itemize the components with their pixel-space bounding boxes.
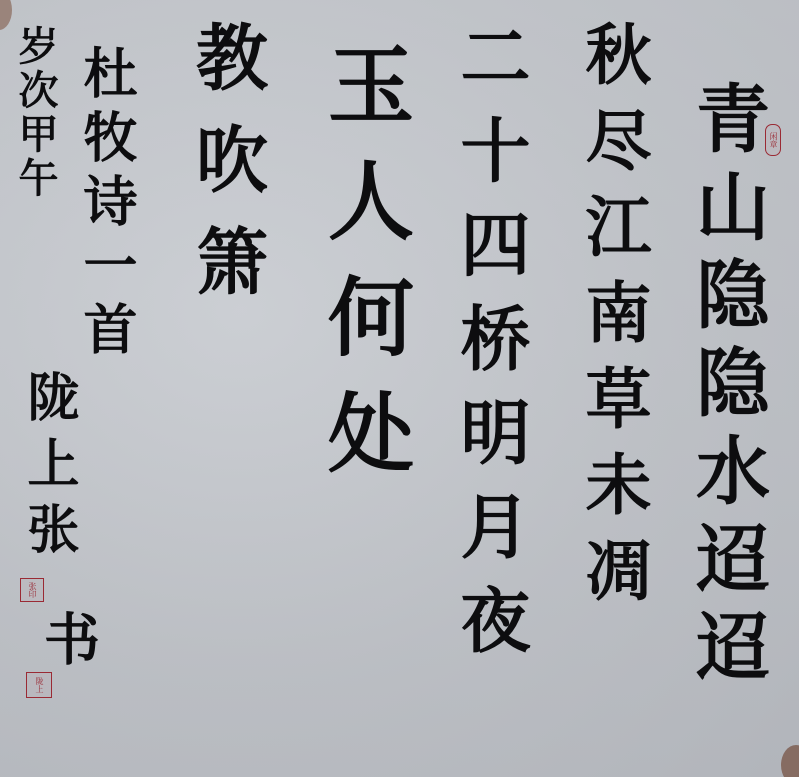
inscription-column-3: 陇上张	[22, 370, 74, 568]
inscription-column-1: 杜牧诗一首	[80, 45, 134, 365]
poem-column-5: 教吹箫	[190, 20, 262, 326]
poem-column-4: 玉人何处	[320, 40, 406, 504]
poem-column-2: 秋尽江南草未凋	[580, 20, 646, 622]
poem-column-3: 二十四桥明月夜	[455, 20, 525, 678]
poem-column-1: 青山隐隐水迢迢	[690, 80, 764, 696]
name-seal-stamp-2: 陇上	[26, 672, 52, 698]
signature-character: 书	[40, 610, 96, 668]
inscription-column-2: 岁次甲午	[15, 25, 55, 201]
name-seal-stamp-1: 张印	[20, 578, 44, 602]
